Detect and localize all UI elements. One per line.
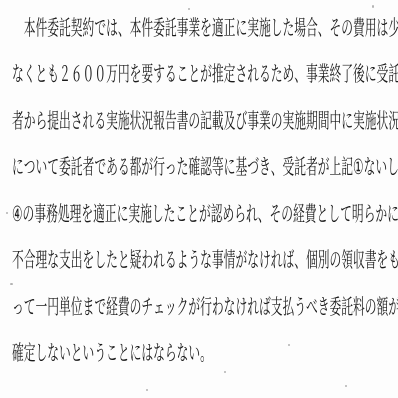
text-line: 確定しないということにはならない。: [12, 331, 384, 378]
scan-noise-speck: [146, 389, 148, 391]
scan-noise-speck: [224, 371, 226, 373]
scan-noise-speck: [10, 283, 13, 285]
text-line: なくとも２６００万円を要することが推定されるため、事業終了後に受託: [12, 52, 384, 99]
scan-noise-speck: [288, 344, 290, 346]
scan-noise-speck: [345, 385, 347, 387]
text-line: について委託者である都が行った確認等に基づき、受託者が上記①ないし: [12, 145, 384, 192]
scanned-document-page: 本件委託契約では、本件委託事業を適正に実施した場合、その費用は少なくとも２６００…: [0, 0, 398, 398]
scan-noise-speck: [372, 5, 374, 8]
scan-noise-speck: [188, 8, 190, 10]
text-line: 不合理な支出をしたと疑われるような事情がなければ、個別の領収書をも: [12, 238, 384, 285]
scan-noise-speck: [6, 212, 8, 214]
text-line: ④の事務処理を適正に実施したことが認められ、その経費として明らかに: [12, 191, 384, 238]
document-paragraph: 本件委託契約では、本件委託事業を適正に実施した場合、その費用は少なくとも２６００…: [12, 5, 384, 377]
text-line: 者から提出される実施状況報告書の記載及び事業の実施期間中に実施状況: [12, 98, 384, 145]
text-line: 本件委託契約では、本件委託事業を適正に実施した場合、その費用は少: [12, 5, 384, 52]
text-line: って一円単位まで経費のチェックが行わなければ支払うべき委託料の額が: [12, 284, 384, 331]
